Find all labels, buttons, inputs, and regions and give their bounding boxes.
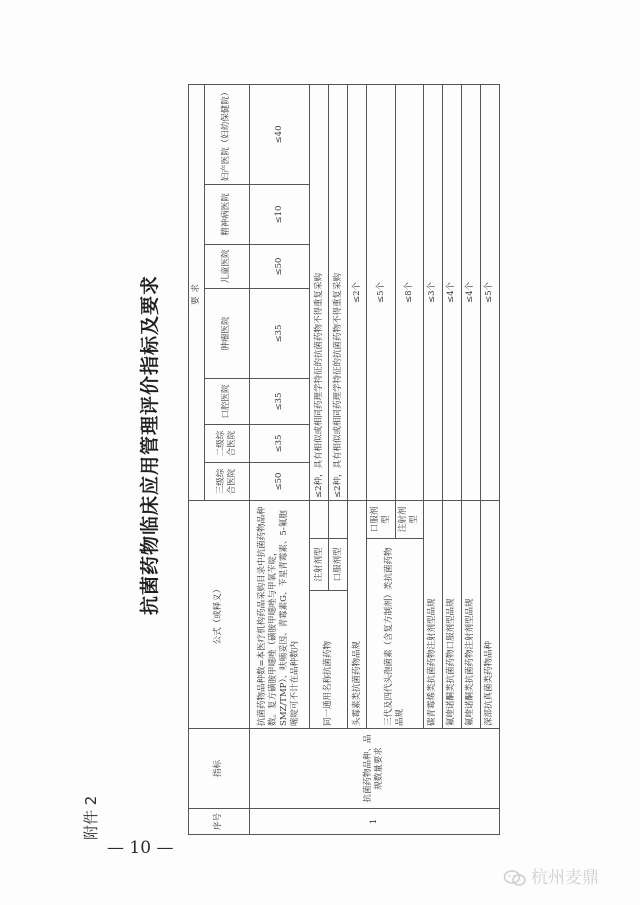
header-hospital-maternity: 妇产医院（妇幼保健院） — [204, 84, 249, 184]
sub-req-ceph-injection: ≤8个 — [395, 84, 423, 500]
header-formula: 公式（或释义） — [189, 500, 250, 728]
header-requirements: 要求 — [189, 84, 205, 500]
row-indicator: 抗菌药物品种、品规数量要求 — [249, 729, 499, 809]
header-hospital-children: 儿童医院 — [204, 244, 249, 288]
indicator-table-wrapper: 序号 指标 公式（或释义） 要求 三级综合医院 二级综合医院 口腔医院 肿瘤医院… — [188, 85, 500, 835]
main-formula: 抗菌药物品种数=本医疗机构药品采购目录中抗菌药物品种数。复方磺胺甲噁唑（磺胺甲噁… — [249, 500, 310, 728]
page-number: — 10 — — [107, 836, 207, 860]
watermark-text: 杭州麦鼎 — [531, 866, 599, 890]
limit-secondary: ≤35 — [249, 424, 310, 462]
wechat-icon — [503, 869, 527, 887]
limit-psychiatric: ≤10 — [249, 184, 310, 244]
header-indicator: 指标 — [189, 729, 250, 809]
limit-dental: ≤35 — [249, 378, 310, 424]
header-hospital-secondary: 二级综合医院 — [204, 424, 249, 462]
annex-label: 附件 2 — [80, 760, 102, 840]
sub-form-ceph-injection: 注射剂型 — [395, 500, 423, 538]
header-seq: 序号 — [189, 809, 250, 835]
header-hospital-oncology: 肿瘤医院 — [204, 288, 249, 378]
sub-label-carbapenem: 碳青霉烯类抗菌药物注射剂型品规 — [423, 500, 442, 728]
sub-label-cephamycin: 头霉素类抗菌药物品规 — [348, 500, 367, 728]
sub-req-same-generic-oral: ≤2种，具有相似或相同药理学特征的抗菌药物不得重复采购 — [329, 84, 348, 500]
sub-req-same-generic-injection: ≤2种，具有相似或相同药理学特征的抗菌药物不得重复采购 — [310, 84, 329, 500]
sub-label-fq-oral: 氟喹诺酮类抗菌药物口服剂型品规 — [442, 500, 461, 728]
limit-children: ≤50 — [249, 244, 310, 288]
row-seq: 1 — [249, 809, 499, 835]
watermark: 杭州麦鼎 — [503, 866, 599, 890]
sub-label-cephalosporin: 三代及四代头孢菌素（含复方制剂）类抗菌药物品规 — [367, 539, 423, 729]
sub-req-cephamycin: ≤2个 — [348, 84, 367, 500]
limit-tertiary: ≤50 — [249, 462, 310, 500]
limit-maternity: ≤40 — [249, 84, 310, 184]
sub-req-ceph-oral: ≤5个 — [367, 84, 395, 500]
header-hospital-dental: 口腔医院 — [204, 378, 249, 424]
indicator-table: 序号 指标 公式（或释义） 要求 三级综合医院 二级综合医院 口腔医院 肿瘤医院… — [188, 84, 500, 835]
sub-label-fq-injection: 氟喹诺酮类抗菌药物注射剂型品规 — [461, 500, 480, 728]
document-title: 抗菌药物临床应用管理评价指标及要求 — [135, 245, 165, 645]
sub-form-ceph-oral: 口服剂型 — [367, 500, 395, 538]
header-hospital-psychiatric: 精神病医院 — [204, 184, 249, 244]
sub-req-antifungal: ≤5个 — [480, 84, 499, 500]
sub-label-same-generic: 同一通用名称抗菌药物 — [310, 591, 348, 729]
sub-form-oral: 口服剂型 — [329, 539, 348, 591]
sub-req-fq-injection: ≤4个 — [461, 84, 480, 500]
sub-form-injection: 注射剂型 — [310, 539, 329, 591]
sub-label-antifungal: 深部抗真菌类药物品种 — [480, 500, 499, 728]
limit-oncology: ≤35 — [249, 288, 310, 378]
sub-req-fq-oral: ≤4个 — [442, 84, 461, 500]
sub-req-carbapenem: ≤3个 — [423, 84, 442, 500]
header-hospital-tertiary: 三级综合医院 — [204, 462, 249, 500]
